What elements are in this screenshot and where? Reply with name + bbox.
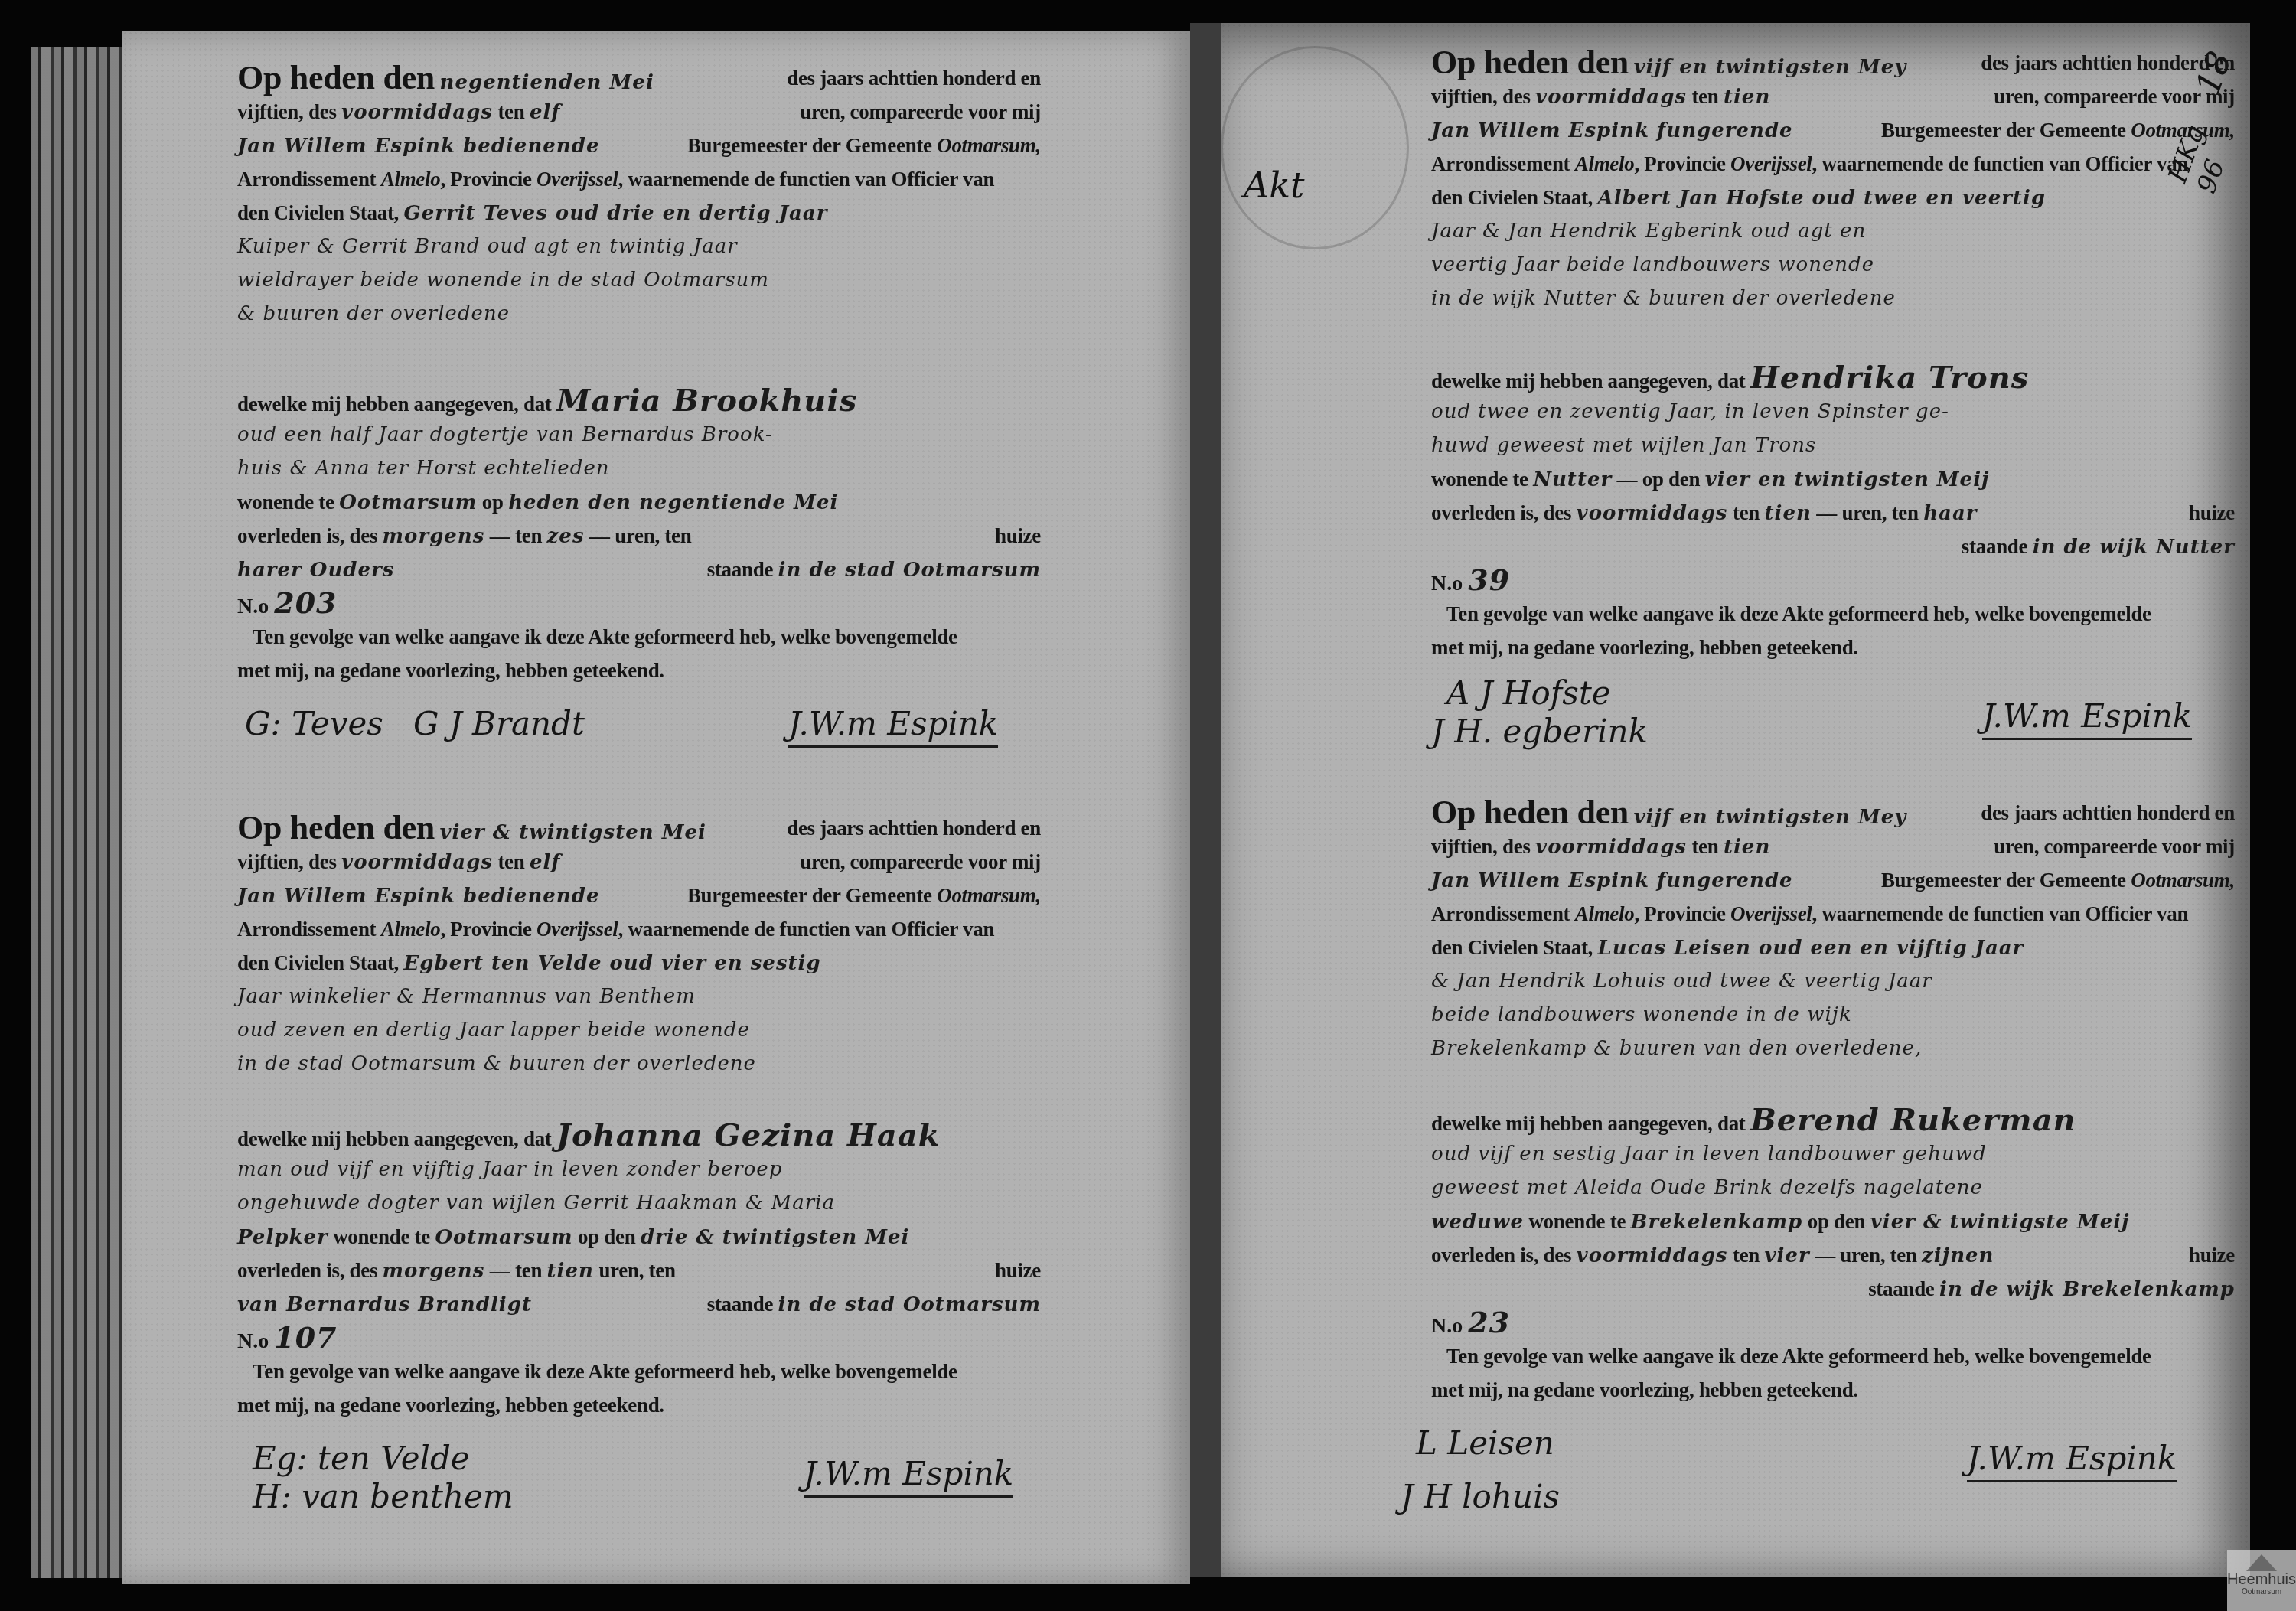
- deceased-name: Hendrika Trons: [1750, 360, 2029, 396]
- death-date: heden den negentiende Mei: [508, 491, 838, 514]
- signatures: A J Hofste J H. egberink J.W.m Espink: [1431, 684, 2235, 768]
- witness-line: Gerrit Teves oud drie en dertig Jaar: [404, 202, 828, 225]
- mayor-signature: J.W.m Espink: [1982, 700, 2192, 740]
- mayor-signature: J.W.m Espink: [804, 1457, 1013, 1498]
- right-page: Akt 18 HKg 96 Op heden den vijf en twint…: [1221, 23, 2250, 1577]
- act-date: vier & twintigsten Mei: [440, 821, 706, 844]
- left-page: Op heden den negentienden Meides jaars a…: [122, 31, 1190, 1584]
- margin-note: Akt: [1244, 165, 1305, 206]
- deceased-details: huis & Anna ter Horst echtelieden: [237, 452, 1041, 485]
- act-hour: elf: [530, 101, 561, 124]
- deceased-name: Berend Rukerman: [1750, 1102, 2076, 1138]
- book-gutter: [1190, 23, 1221, 1577]
- book-page-edges: [31, 47, 122, 1578]
- act-date: negentienden Mei: [440, 71, 654, 94]
- deceased-details: oud een half Jaar dogtertje van Bernardu…: [237, 418, 1041, 452]
- residence: Ootmarsum: [339, 491, 477, 514]
- witness-line: wieldrayer beide wonende in de stad Ootm…: [237, 263, 1041, 297]
- death-act-107: Op heden den vier & twintigsten Meides j…: [237, 811, 1041, 1541]
- archive-stamp: [1221, 46, 1409, 249]
- signatures: G: Teves G J Brandt J.W.m Espink: [237, 707, 1041, 776]
- witness-line: & buuren der overledene: [237, 297, 1041, 331]
- deceased-name: Maria Brookhuis: [556, 383, 857, 419]
- heemhuis-watermark: Heemhuis Ootmarsum: [2227, 1550, 2296, 1611]
- deceased-name: Johanna Gezina Haak: [556, 1117, 940, 1153]
- official-name: Jan Willem Espink fungerende: [1431, 869, 1793, 892]
- death-act-23: Op heden den vijf en twintigsten Meydes …: [1431, 796, 2235, 1534]
- witness-line: Kuiper & Gerrit Brand oud agt en twintig…: [237, 230, 1041, 263]
- act-date: vijf en twintigsten Mey: [1634, 806, 1907, 829]
- act-daypart: voormiddags: [341, 101, 493, 124]
- house-roof-icon: [2246, 1554, 2277, 1571]
- official-name: Jan Willem Espink fungerende: [1431, 119, 1793, 142]
- opening-phrase: Op heden den: [237, 59, 435, 96]
- house-owner: harer Ouders: [237, 559, 394, 582]
- act-date: vijf en twintigsten Mey: [1634, 56, 1907, 79]
- act-number: 107: [274, 1320, 337, 1355]
- signatures: Eg: ten Velde H: van benthem J.W.m Espin…: [237, 1442, 1041, 1541]
- official-name: Jan Willem Espink bedienende: [237, 885, 599, 908]
- act-number: 39: [1468, 563, 1510, 597]
- mayor-signature: J.W.m Espink: [788, 707, 998, 748]
- mayor-signature: J.W.m Espink: [1967, 1442, 2177, 1482]
- witness-signature: G J Brandt: [413, 707, 585, 741]
- official-name: Jan Willem Espink bedienende: [237, 135, 599, 158]
- signatures: L Leisen J H lohuis J.W.m Espink: [1431, 1427, 2235, 1534]
- death-act-39: Op heden den vijf en twintigsten Meydes …: [1431, 46, 2235, 768]
- death-act-203: Op heden den negentienden Meides jaars a…: [237, 61, 1041, 776]
- act-number: 23: [1468, 1305, 1510, 1339]
- act-number: 203: [274, 585, 337, 620]
- witness-signature: G: Teves: [245, 707, 383, 741]
